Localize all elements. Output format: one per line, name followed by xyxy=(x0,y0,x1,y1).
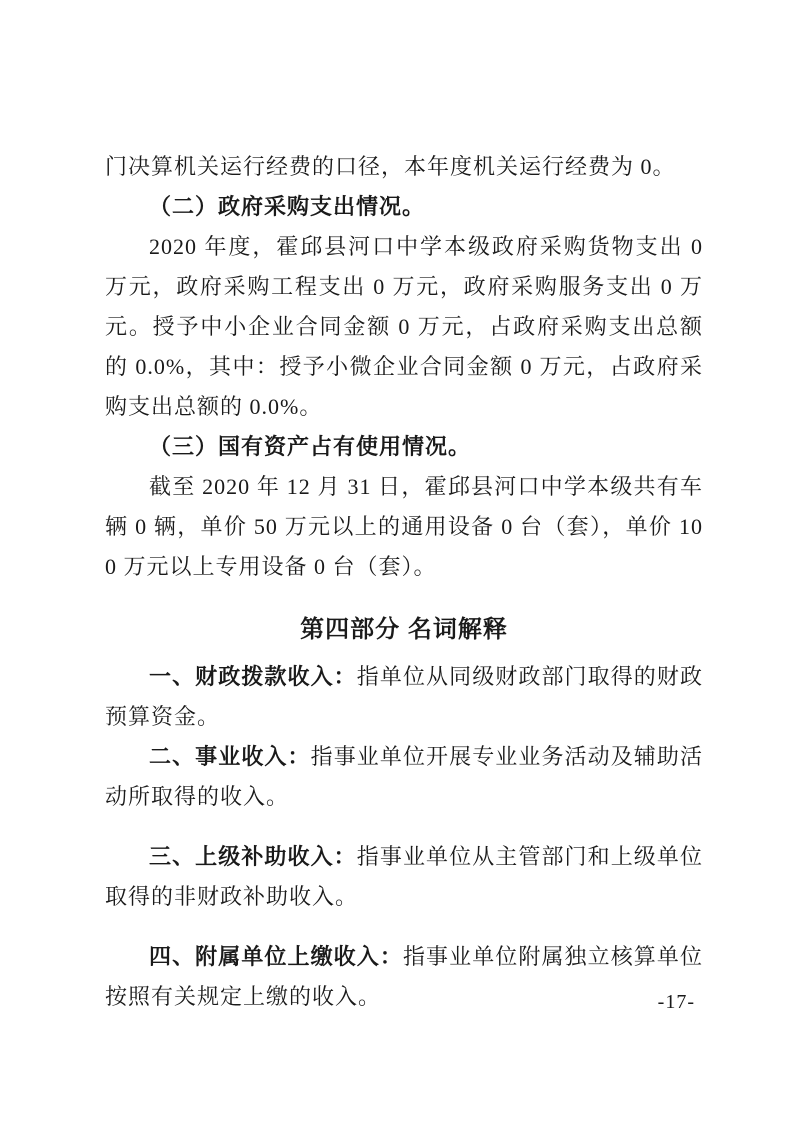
term-definition-1: 一、财政拨款收入：指单位从同级财政部门取得的财政预算资金。 xyxy=(105,657,703,737)
term-label-operating-income: 二、事业收入： xyxy=(149,744,311,769)
term-label-affiliated-unit-remittance-income: 四、附属单位上缴收入： xyxy=(149,944,403,969)
section-body-government-procurement: 2020 年度，霍邱县河口中学本级政府采购货物支出 0 万元，政府采购工程支出 … xyxy=(105,227,703,427)
section-body-state-assets: 截至 2020 年 12 月 31 日，霍邱县河口中学本级共有车辆 0 辆，单价… xyxy=(105,467,703,587)
term-label-superior-subsidy-income: 三、上级补助收入： xyxy=(149,844,357,869)
paragraph-continuation: 门决算机关运行经费的口径，本年度机关运行经费为 0。 xyxy=(105,147,703,187)
term-definition-2: 二、事业收入：指事业单位开展专业业务活动及辅助活动所取得的收入。 xyxy=(105,737,703,817)
part-four-heading: 第四部分 名词解释 xyxy=(105,610,703,650)
document-page: 门决算机关运行经费的口径，本年度机关运行经费为 0。 （二）政府采购支出情况。 … xyxy=(0,0,793,1122)
term-label-fiscal-appropriation-income: 一、财政拨款收入： xyxy=(149,664,357,689)
term-definition-3: 三、上级补助收入：指事业单位从主管部门和上级单位取得的非财政补助收入。 xyxy=(105,837,703,917)
page-number: -17- xyxy=(0,991,793,1014)
section-heading-government-procurement: （二）政府采购支出情况。 xyxy=(105,187,703,227)
section-heading-state-assets: （三）国有资产占有使用情况。 xyxy=(105,427,703,467)
document-content: 门决算机关运行经费的口径，本年度机关运行经费为 0。 （二）政府采购支出情况。 … xyxy=(105,147,703,1017)
